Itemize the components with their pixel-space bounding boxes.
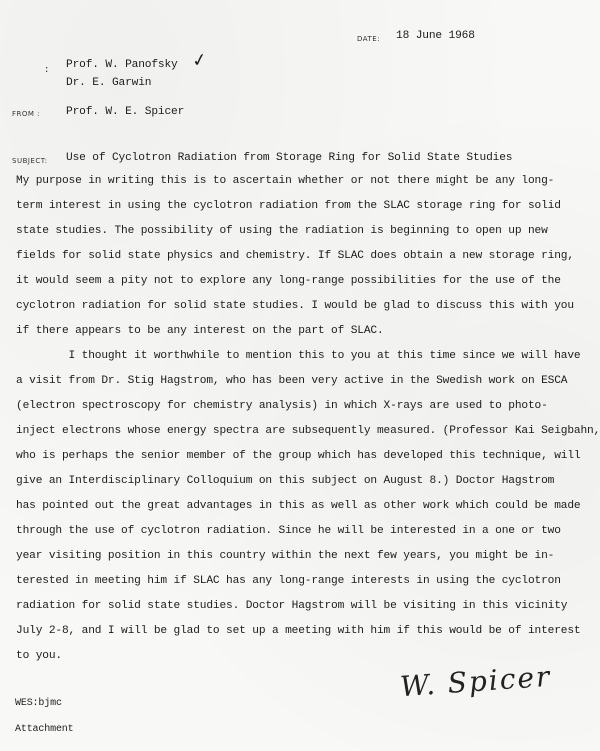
body-line: cyclotron radiation for solid state stud…	[16, 300, 574, 312]
subject-label: SUBJECT:	[12, 157, 48, 165]
attachment-note: Attachment	[15, 724, 74, 735]
body-line: if there appears to be any interest on t…	[16, 325, 384, 337]
body-line: fields for solid state physics and chemi…	[16, 250, 574, 262]
handwritten-signature: W. Spicer	[399, 660, 552, 703]
body-line: year visiting position in this country w…	[16, 550, 554, 562]
body-line: My purpose in writing this is to ascerta…	[16, 175, 554, 187]
body-line: state studies. The possibility of using …	[16, 225, 548, 237]
body-line: inject electrons whose energy spectra ar…	[16, 425, 600, 437]
body-line: radiation for solid state studies. Docto…	[16, 600, 567, 612]
body-line: a visit from Dr. Stig Hagstrom, who has …	[16, 375, 567, 387]
body-line: who is perhaps the senior member of the …	[16, 450, 580, 462]
date-label: DATE:	[357, 35, 380, 43]
body-line: has pointed out the great advantages in …	[16, 500, 580, 512]
from-label: FROM :	[12, 110, 40, 118]
body-line: through the use of cyclotron radiation. …	[16, 525, 561, 537]
body-line: July 2-8, and I will be glad to set up a…	[16, 625, 580, 637]
to-recipient-2: Dr. E. Garwin	[66, 77, 151, 89]
body-line: terested in meeting him if SLAC has any …	[16, 575, 561, 587]
body-line: I thought it worthwhile to mention this …	[16, 350, 580, 362]
body-line: term interest in using the cyclotron rad…	[16, 200, 561, 212]
body-line: to you.	[16, 650, 62, 662]
subject-value: Use of Cyclotron Radiation from Storage …	[66, 152, 512, 164]
body-line: give an Interdisciplinary Colloquium on …	[16, 475, 554, 487]
date-value: 18 June 1968	[396, 30, 475, 42]
check-mark-icon: ✓	[190, 49, 209, 72]
from-value: Prof. W. E. Spicer	[66, 106, 184, 118]
to-label: :	[44, 65, 49, 75]
typist-initials: WES:bjmc	[15, 698, 62, 709]
body-line: (electron spectroscopy for chemistry ana…	[16, 400, 548, 412]
memo-page: DATE: 18 June 1968 : Prof. W. Panofsky D…	[0, 0, 600, 751]
body-line: it would seem a pity not to explore any …	[16, 275, 561, 287]
to-recipient-1: Prof. W. Panofsky	[66, 59, 178, 71]
